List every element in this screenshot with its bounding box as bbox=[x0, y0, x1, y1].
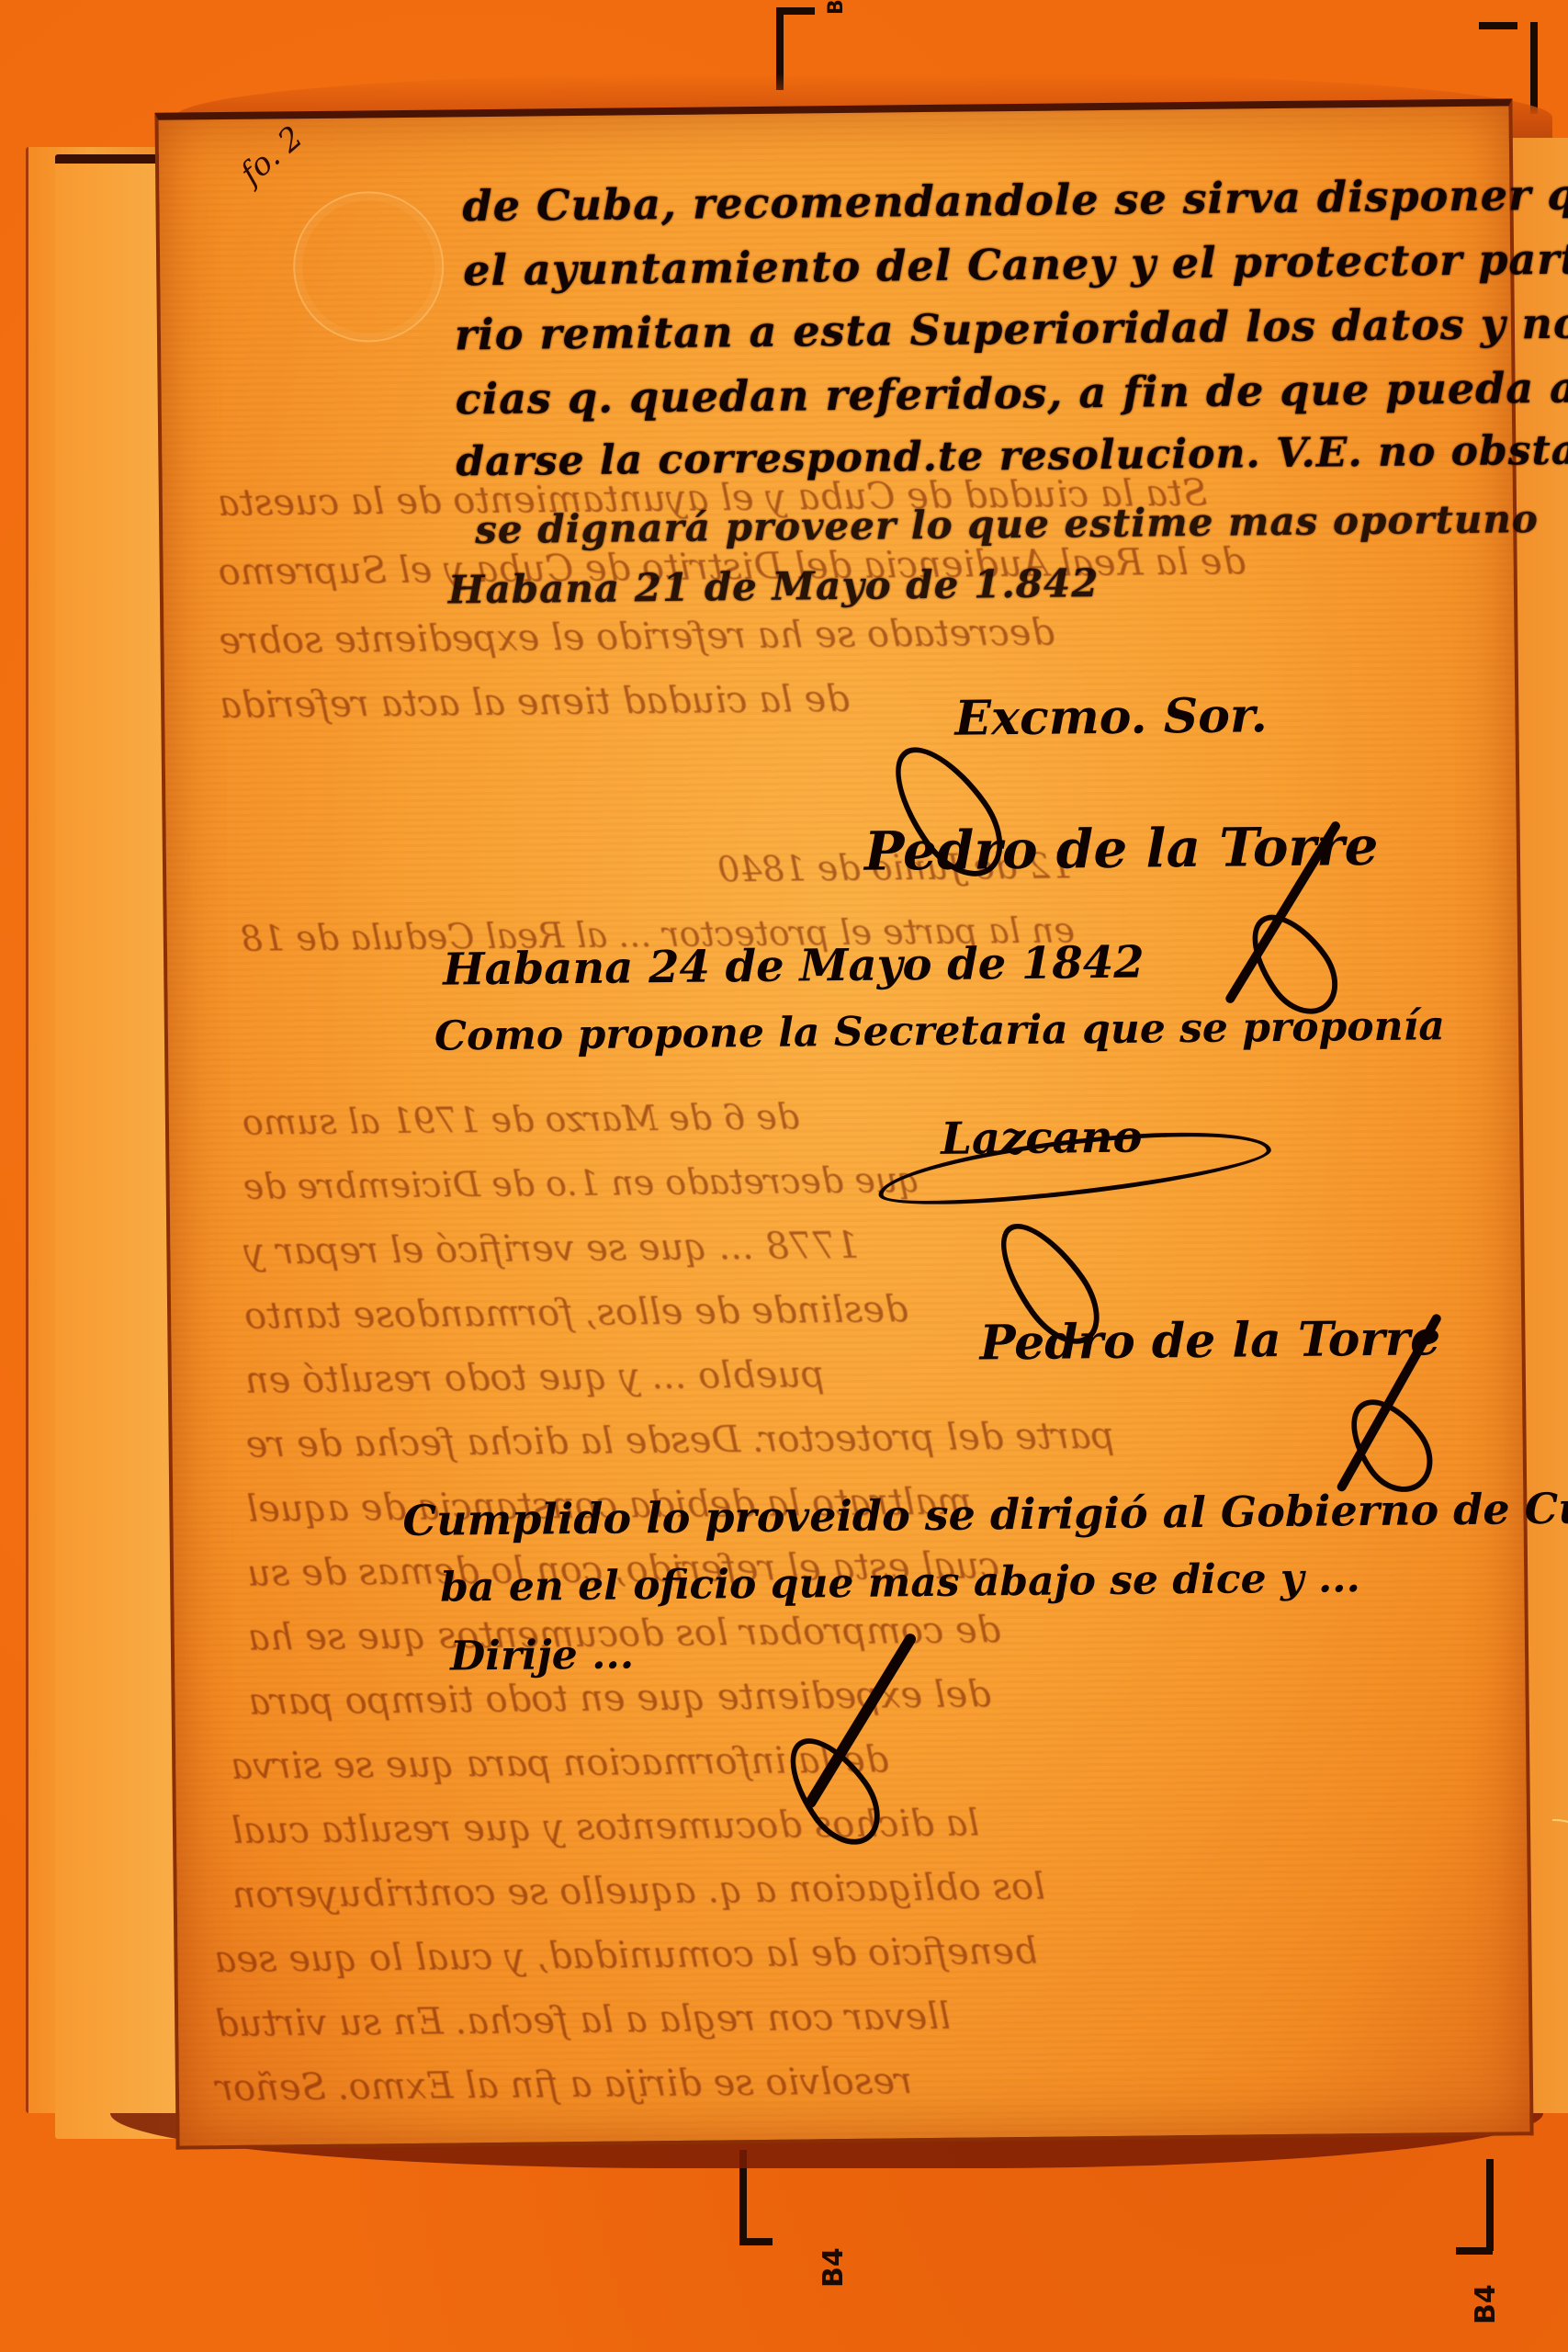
crop-label-top: B bbox=[825, 0, 848, 15]
salutation: Excmo. Sor. bbox=[954, 687, 1268, 747]
body-line: rio remitan a esta Superioridad los dato… bbox=[455, 298, 1568, 359]
crop-label-bottom-left: B4 bbox=[818, 2247, 850, 2288]
folio-number: fo. 2 bbox=[233, 119, 310, 193]
decree-text: Como propone la Secretaria que se propon… bbox=[434, 1002, 1445, 1060]
body-line: cias q. quedan referidos, a fin de que p… bbox=[455, 362, 1568, 424]
closing-line: ba en el oficio que mas abajo se dice y … bbox=[440, 1555, 1360, 1611]
signature-pedro-de-la-torre-2: Pedro de la Torre bbox=[979, 1310, 1440, 1371]
manuscript-page: fo. 2 Sta la ciudad de Cuba y el ayuntam… bbox=[154, 98, 1533, 2149]
body-line: darse la correspond.te resolucion. V.E. … bbox=[456, 426, 1568, 486]
decree-place-date: Habana 24 de Mayo de 1842 bbox=[443, 937, 1145, 996]
body-line: de Cuba, recomendandole se sirva dispone… bbox=[462, 169, 1568, 231]
loose-thread bbox=[1552, 1819, 1568, 1904]
crop-label-bottom-right: B4 bbox=[1470, 2284, 1502, 2324]
closing-line: Dirije ... bbox=[450, 1631, 634, 1679]
body-line: el ayuntamiento del Caney y el protector… bbox=[463, 233, 1568, 296]
dateline: Habana 21 de Mayo de 1.842 bbox=[448, 560, 1100, 612]
embossed-seal-icon bbox=[292, 191, 445, 344]
